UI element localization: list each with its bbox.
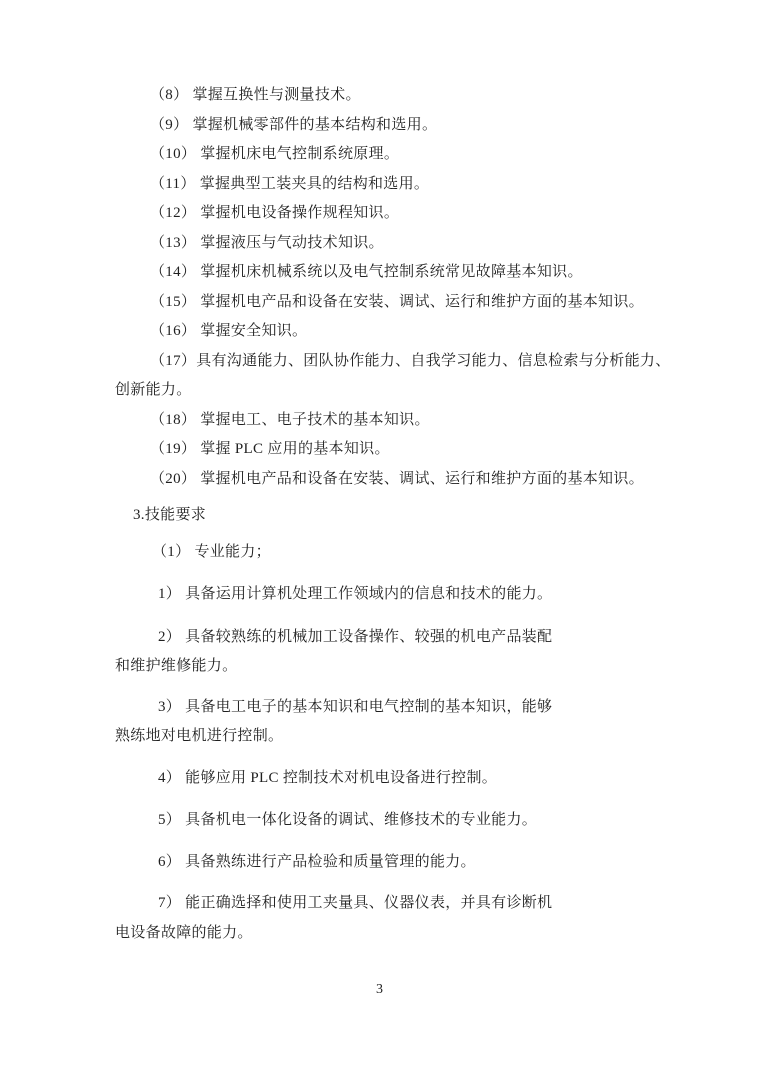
list-item-14: （14） 掌握机床机械系统以及电气控制系统常见故障基本知识。 [115,258,654,288]
skill-item-7-continuation: 电设备故障的能力。 [115,919,654,949]
skill-item-7: 7） 能正确选择和使用工夹量具、仪器仪表，并具有诊断机 [115,889,654,919]
skill-item-5: 5） 具备机电一体化设备的调试、维修技术的专业能力。 [115,806,654,836]
list-item-20: （20） 掌握机电产品和设备在安装、调试、运行和维护方面的基本知识。 [115,465,654,495]
skill-item-2-continuation: 和维护维修能力。 [115,652,654,682]
skill-item-2: 2） 具备较熟练的机械加工设备操作、较强的机电产品装配 [115,623,654,653]
list-item-15: （15） 掌握机电产品和设备在安装、调试、运行和维护方面的基本知识。 [115,288,654,318]
list-item-11: （11） 掌握典型工装夹具的结构和选用。 [115,170,654,200]
skill-item-3-continuation: 熟练地对电机进行控制。 [115,722,654,752]
page-number: 3 [0,978,759,1002]
list-item-16: （16） 掌握安全知识。 [115,317,654,347]
section-heading-skills: 3.技能要求 [115,501,654,531]
skill-item-1: 1） 具备运用计算机处理工作领域内的信息和技术的能力。 [115,580,654,610]
skill-item-3: 3） 具备电工电子的基本知识和电气控制的基本知识，能够 [115,693,654,723]
document-body: （8） 掌握互换性与测量技术。 （9） 掌握机械零部件的基本结构和选用。 （10… [115,81,654,948]
list-item-12: （12） 掌握机电设备操作规程知识。 [115,199,654,229]
document-page: （8） 掌握互换性与测量技术。 （9） 掌握机械零部件的基本结构和选用。 （10… [0,0,759,1074]
skill-item-6: 6） 具备熟练进行产品检验和质量管理的能力。 [115,848,654,878]
list-item-17: （17）具有沟通能力、团队协作能力、自我学习能力、信息检索与分析能力、 [115,347,654,377]
list-item-18: （18） 掌握电工、电子技术的基本知识。 [115,406,654,436]
list-item-8: （8） 掌握互换性与测量技术。 [115,81,654,111]
skill-item-4: 4） 能够应用 PLC 控制技术对机电设备进行控制。 [115,764,654,794]
subsection-heading-professional-ability: （1） 专业能力； [115,538,654,568]
list-item-9: （9） 掌握机械零部件的基本结构和选用。 [115,111,654,141]
list-item-19: （19） 掌握 PLC 应用的基本知识。 [115,435,654,465]
list-item-13: （13） 掌握液压与气动技术知识。 [115,229,654,259]
list-item-10: （10） 掌握机床电气控制系统原理。 [115,140,654,170]
list-item-17-continuation: 创新能力。 [115,376,654,406]
